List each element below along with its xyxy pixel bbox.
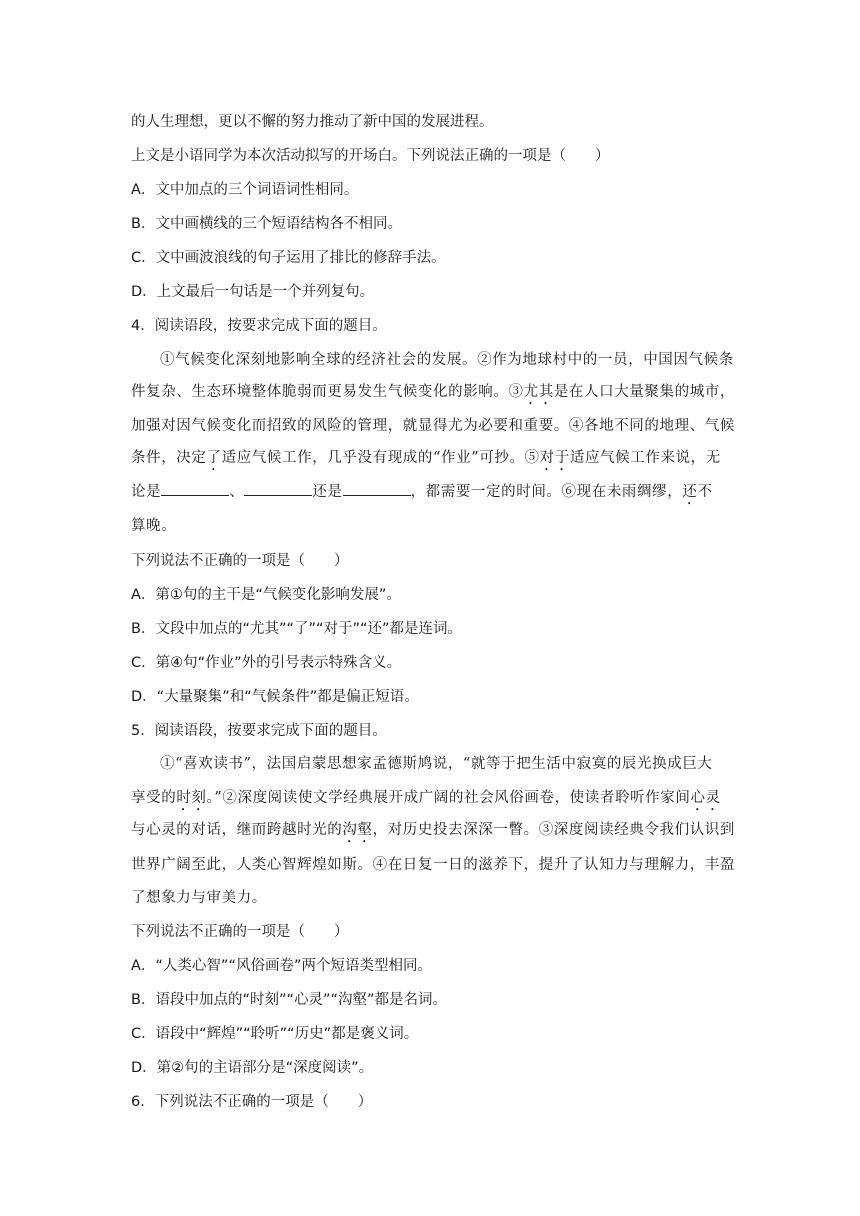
q5-passage-line-4: 世界广阔至此，人类心智辉煌如斯。④在日复一日的滋养下，提升了认知力与理解力，丰盈 <box>131 855 731 875</box>
q4-option-d: D．“大量聚集”和“气候条件”都是偏正短语。 <box>131 687 419 707</box>
q5-stem: 下列说法不正确的一项是（ ） <box>131 922 349 942</box>
emphasis-hai: 还 <box>682 484 697 500</box>
emphasis-le: 了 <box>207 450 222 466</box>
emphasis-gouhe: 沟壑 <box>342 822 372 838</box>
q6-title: 6．下列说法不正确的一项是（ ） <box>131 1092 372 1112</box>
q4-title: 4．阅读语段，按要求完成下面的题目。 <box>131 316 387 336</box>
emphasis-duiyu: 对于 <box>540 450 570 466</box>
q4-passage-line-2: 件复杂、生态环境整体脆弱而更易发生气候变化的影响。③尤其是在人口大量聚集的城市， <box>131 382 731 408</box>
q4-passage-line-4: 条件，决定了适应气候工作，几乎没有现成的“作业”可抄。⑤对于适应气候工作来说，无 <box>131 448 731 474</box>
q5-passage-line-3: 与心灵的对话，继而跨越时光的沟壑，对历史投去深深一瞥。③深度阅读经典令我们认识到 <box>131 820 731 846</box>
q5-option-a: A．“人类心智”“风俗画卷”两个短语类型相同。 <box>131 956 432 976</box>
q5-option-b: B．语段中加点的“时刻”“心灵”“沟壑”都是名词。 <box>131 990 447 1010</box>
emphasis-youqi: 尤其 <box>524 384 554 400</box>
q3-option-c: C．文中画波浪线的句子运用了排比的修辞手法。 <box>131 248 446 268</box>
q4-passage-line-3: 加强对因气候变化而招致的风险的管理，就显得尤为必要和重要。④各地不同的地理、气候 <box>131 416 731 436</box>
q4-option-c: C．第④句“作业”外的引号表示特殊含义。 <box>131 653 401 673</box>
fill-blank-1[interactable] <box>161 481 229 496</box>
q3-option-a: A．文中加点的三个词语词性相同。 <box>131 180 358 200</box>
q4-option-b: B．文段中加点的“尤其”“了”“对于”“还”都是连词。 <box>131 619 462 639</box>
q5-passage-line-1: ①“喜欢读书”，法国启蒙思想家孟德斯鸠说，“就等于把生活中寂寞的辰光换成巨大 <box>131 754 760 774</box>
q5-option-d: D．第②句的主语部分是“深度阅读”。 <box>131 1058 373 1078</box>
q3-stem: 上文是小语同学为本次活动拟写的开场白。下列说法正确的一项是（ ） <box>131 146 610 166</box>
q5-passage-line-2: 享受的时刻。”②深度阅读使文学经典展开成广阔的社会风俗画卷，使读者聆听作家间心灵 <box>131 788 731 814</box>
q5-option-c: C．语段中“辉煌”“聆听”“历史”都是褒义词。 <box>131 1024 418 1044</box>
q5-title: 5．阅读语段，按要求完成下面的题目。 <box>131 721 387 741</box>
q4-passage-line-6: 算晚。 <box>131 516 731 536</box>
q3-option-d: D．上文最后一句话是一个并列复句。 <box>131 282 374 302</box>
fill-blank-2[interactable] <box>244 481 312 496</box>
emphasis-shike: 时刻 <box>176 790 206 806</box>
q4-passage-line-1: ①气候变化深刻地影响全球的经济社会的发展。②作为地球村中的一员，中国因气候条 <box>131 350 760 370</box>
emphasis-xinling: 心灵 <box>690 790 720 806</box>
intro-tail: 的人生理想，更以不懈的努力推动了新中国的发展进程。 <box>131 112 494 132</box>
fill-blank-3[interactable] <box>343 481 411 496</box>
q4-stem: 下列说法不正确的一项是（ ） <box>131 551 349 571</box>
q4-option-a: A．第①句的主干是“气候变化影响发展”。 <box>131 585 401 605</box>
q3-option-b: B．文中画横线的三个短语结构各不相同。 <box>131 214 402 234</box>
q5-passage-line-5: 了想象力与审美力。 <box>131 888 731 908</box>
q4-passage-line-5: 论是、还是，都需要一定的时间。⑥现在未雨绸缪，还不 <box>131 481 731 508</box>
